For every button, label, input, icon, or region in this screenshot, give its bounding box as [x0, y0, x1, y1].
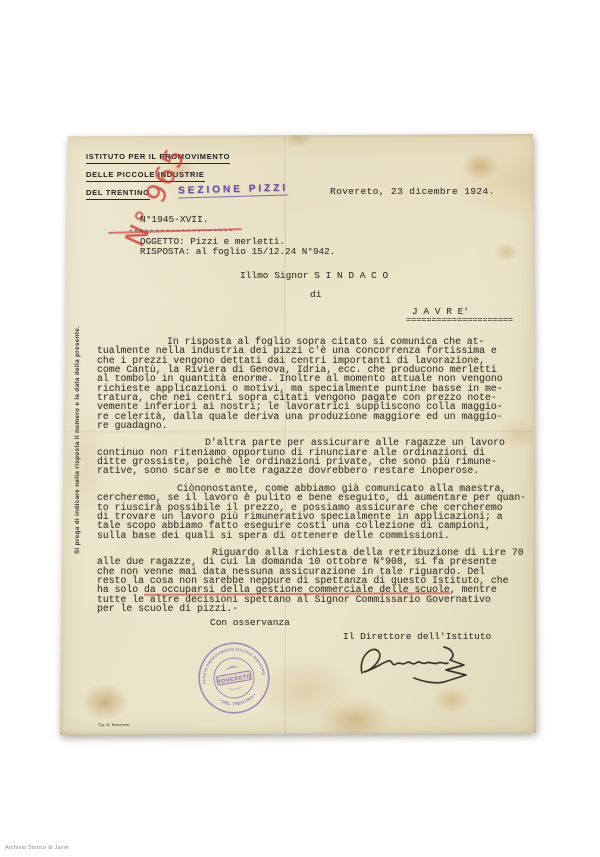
- salutation: Con osservanza: [210, 617, 290, 628]
- recipient-underline: =====================: [406, 315, 513, 325]
- scanned-letter-page: ISTITUTO PER IL PROMOVIMENTO DELLE PICCO…: [0, 0, 600, 857]
- archive-caption: Archivio Storico di Javrè: [5, 845, 69, 851]
- stamp-lower-ornament: [229, 686, 242, 690]
- paragraph-4: Riguardo alla richiesta della retribuzio…: [97, 548, 517, 632]
- paragraph-4-text: Riguardo alla richiesta della retribuzio…: [97, 547, 524, 614]
- paragraph-3: Ciònonostante, come abbiamo già comunica…: [97, 484, 517, 540]
- printer-mark: Tip. G. Rovereto: [98, 723, 129, 728]
- stamp-eagle-ornament: [225, 665, 240, 671]
- sezione-pizzi-stamp: SEZIONE PIZZI: [178, 183, 288, 199]
- recipient-line-1: Illmo Signor S I N D A C O: [240, 270, 388, 281]
- paragraph-2: D'altra parte per assicurare alle ragazz…: [97, 438, 517, 475]
- recipient-line-2: di: [310, 289, 321, 300]
- dateline: Rovereto, 23 dicembre 1924.: [330, 186, 495, 197]
- left-edge-note: Si prega di indicare nella risposta il n…: [74, 326, 81, 554]
- reference-line: RISPOSTA: al foglio 15/12.24 N°942.: [140, 246, 335, 257]
- letter-paper: ISTITUTO PER IL PROMOVIMENTO DELLE PICCO…: [60, 134, 536, 735]
- letter-paper-wrap: ISTITUTO PER IL PROMOVIMENTO DELLE PICCO…: [60, 134, 536, 735]
- protocol-number: N°1945-XVII.: [140, 214, 208, 225]
- paragraph-1: In risposta al foglio sopra citato si co…: [97, 337, 517, 430]
- stamp-ring-bottom-text: • DEL TRENTINO •: [218, 691, 259, 709]
- director-signature: [348, 639, 478, 687]
- letter-body: In risposta al foglio sopra citato si co…: [97, 337, 517, 640]
- round-institute-stamp: ISTITUTO PROMOVIMENTO PICCOLE INDUSTRIE …: [191, 635, 277, 721]
- svg-text:• DEL TRENTINO •: • DEL TRENTINO •: [218, 691, 259, 709]
